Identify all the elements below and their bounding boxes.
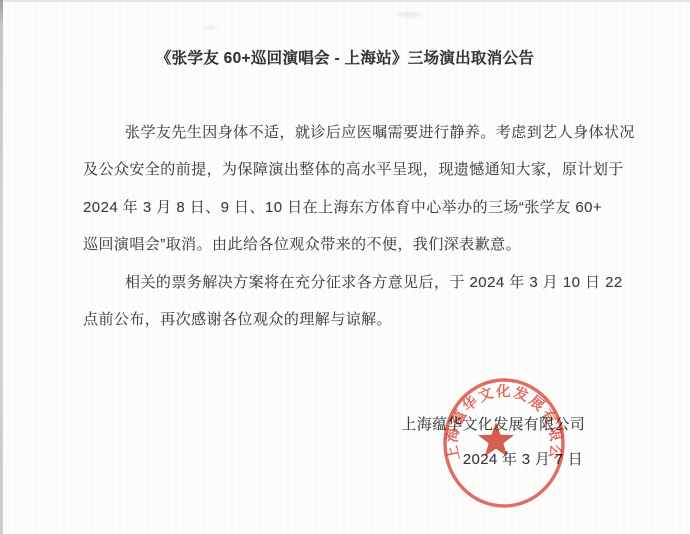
page-title: 《张学友 60+巡回演唱会 - 上海站》三场演出取消公告 [0, 46, 690, 68]
body-line: 巡回演唱会”取消。由此给各位观众带来的不便，我们深表歉意。 [83, 226, 623, 263]
body-line: 张学友先生因身体不适，就诊后应医嘱需要进行静养。考虑到艺人身体状况 [83, 114, 623, 151]
scan-smudge [392, 10, 426, 19]
scanned-announcement-page: 《张学友 60+巡回演唱会 - 上海站》三场演出取消公告 张学友先生因身体不适，… [0, 0, 690, 534]
body-line: 2024 年 3 月 8 日、9 日、10 日在上海东方体育中心举办的三场“张学… [83, 189, 623, 226]
seal-star-icon [478, 422, 514, 456]
scan-smudge [200, 24, 222, 31]
scan-edge-artifact [0, 0, 3, 534]
body-line: 点前公布，再次感谢各位观众的理解与谅解。 [83, 301, 623, 338]
body-line: 及公众安全的前提，为保障演出整体的高水平呈现，现遗憾通知大家，原计划于 [83, 151, 623, 188]
body-line: 相关的票务解决方案将在充分征求各方意见后，于 2024 年 3 月 10 日 2… [83, 264, 623, 301]
scan-top-artifact [0, 0, 690, 2]
company-seal: 上海蕴华文化发展有限公司 [441, 376, 567, 510]
announcement-body: 张学友先生因身体不适，就诊后应医嘱需要进行静养。考虑到艺人身体状况 及公众安全的… [83, 114, 623, 338]
